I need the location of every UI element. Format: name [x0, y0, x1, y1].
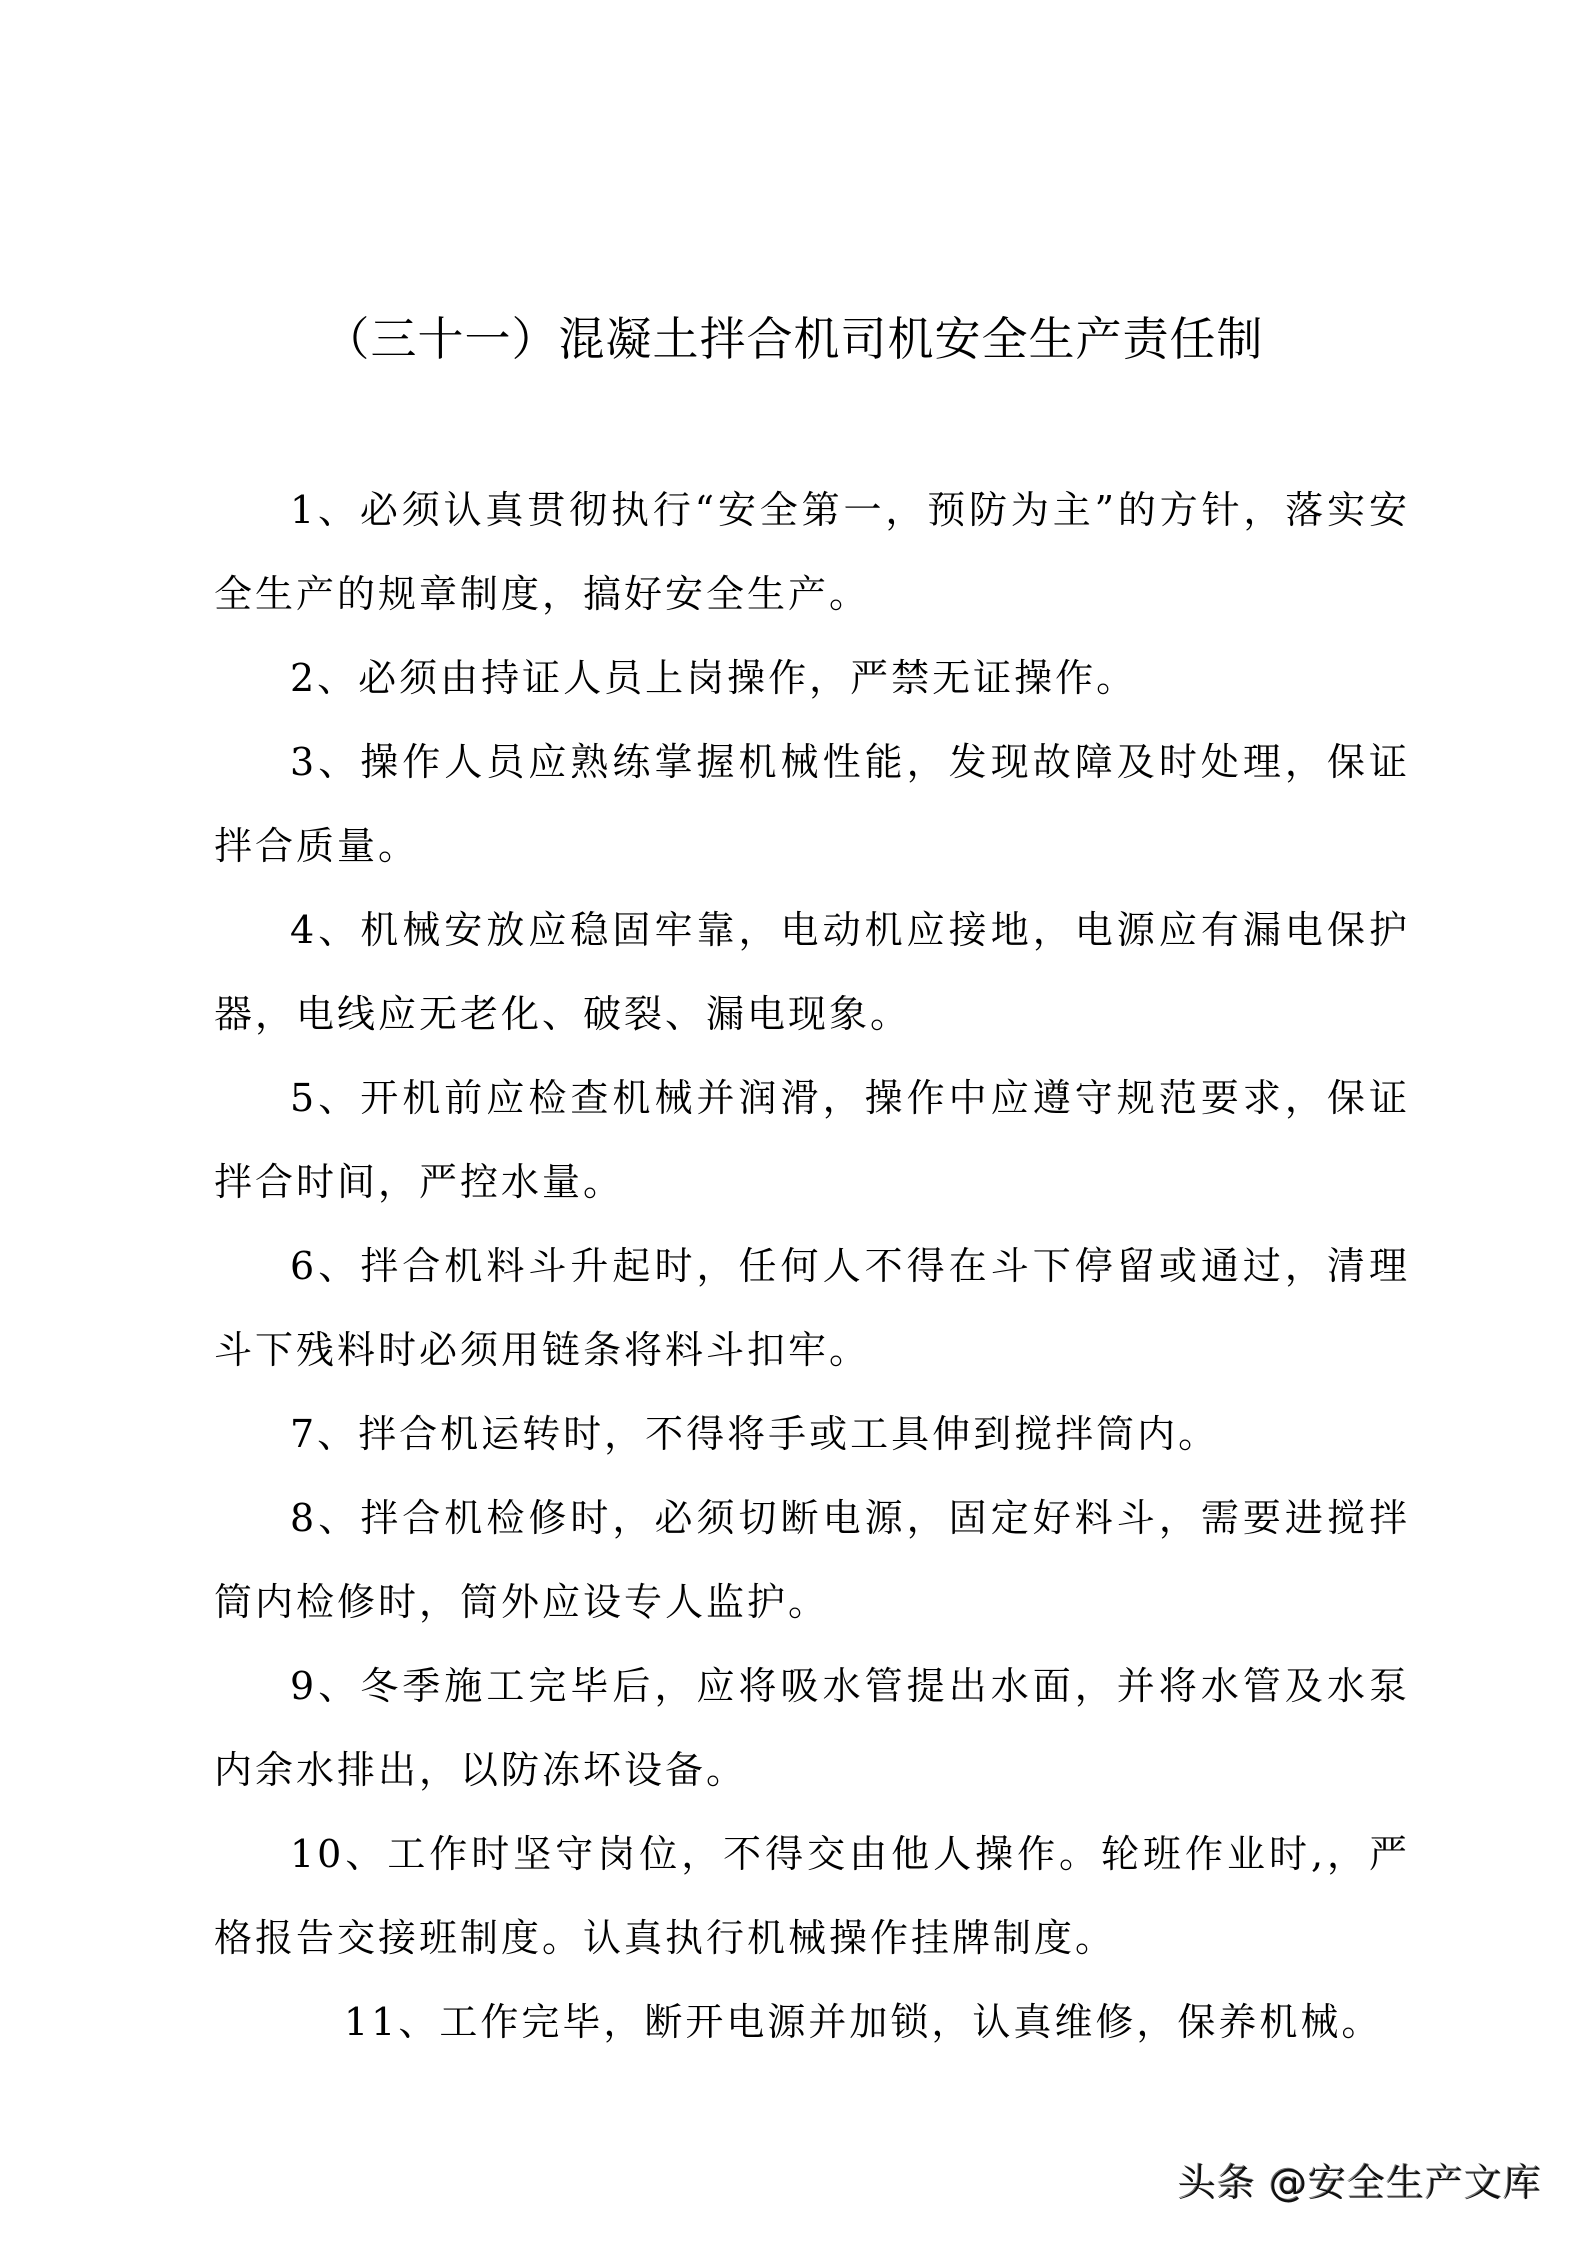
paragraph-8: 8、拌合机检修时，必须切断电源，固定好料斗，需要进搅拌筒内检修时，筒外应设专人监… — [214, 1476, 1410, 1644]
document-title: （三十一）混凝土拌合机司机安全生产责任制 — [0, 306, 1587, 372]
paragraph-2: 2、必须由持证人员上岗操作，严禁无证操作。 — [214, 636, 1410, 720]
paragraph-3: 3、操作人员应熟练掌握机械性能，发现故障及时处理，保证拌合质量。 — [214, 720, 1410, 888]
paragraph-4: 4、机械安放应稳固牢靠，电动机应接地，电源应有漏电保护器，电线应无老化、破裂、漏… — [214, 888, 1410, 1056]
paragraph-11: 11、工作完毕，断开电源并加锁，认真维修，保养机械。 — [214, 1980, 1410, 2064]
paragraph-7: 7、拌合机运转时，不得将手或工具伸到搅拌筒内。 — [214, 1392, 1410, 1476]
source-watermark: 头条 @安全生产文库 — [1178, 2158, 1542, 2208]
paragraph-6: 6、拌合机料斗升起时，任何人不得在斗下停留或通过，清理斗下残料时必须用链条将料斗… — [214, 1224, 1410, 1392]
paragraph-9: 9、冬季施工完毕后，应将吸水管提出水面，并将水管及水泵内余水排出，以防冻坏设备。 — [214, 1644, 1410, 1812]
document-page: （三十一）混凝土拌合机司机安全生产责任制 1、必须认真贯彻执行“安全第一，预防为… — [0, 0, 1587, 2245]
paragraph-10: 10、工作时坚守岗位，不得交由他人操作。轮班作业时,，严格报告交接班制度。认真执… — [214, 1812, 1410, 1980]
paragraph-5: 5、开机前应检查机械并润滑，操作中应遵守规范要求，保证拌合时间，严控水量。 — [214, 1056, 1410, 1224]
paragraph-1: 1、必须认真贯彻执行“安全第一，预防为主”的方针，落实安全生产的规章制度，搞好安… — [214, 468, 1410, 636]
document-body: 1、必须认真贯彻执行“安全第一，预防为主”的方针，落实安全生产的规章制度，搞好安… — [214, 468, 1410, 2064]
